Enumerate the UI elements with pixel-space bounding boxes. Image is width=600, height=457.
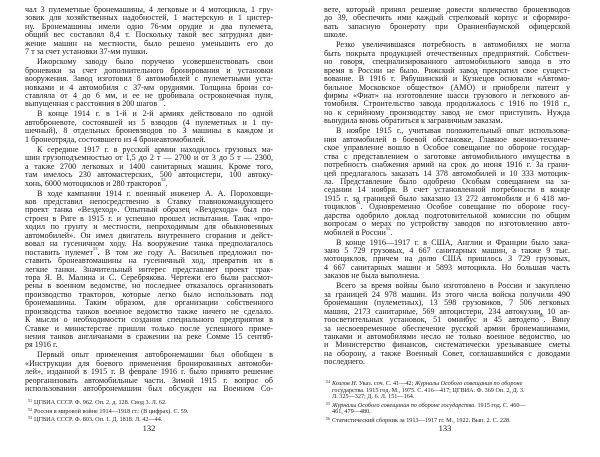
footnote-continuation: 461, 479—480. xyxy=(326,409,568,416)
line-text: тоциклов xyxy=(324,202,356,211)
footnote-number: 53 xyxy=(28,415,32,420)
left-page: чал 3 пулеметные бронемашины, 4 легковые… xyxy=(0,0,300,457)
text-line: последнего. xyxy=(324,358,570,366)
text-line: заказов не была выполнена. xyxy=(324,272,570,280)
line-text: . Вину xyxy=(543,315,570,324)
footnote-continuation: Л. 325—327; Д. 6. Л. 151—164. xyxy=(326,394,568,401)
line-text: . Одновременно Особое совещание по оборо… xyxy=(360,202,570,211)
footnote-text: 1915 год. С. 460— xyxy=(476,402,526,409)
text-line: ря 1916 г. xyxy=(25,341,273,349)
right-footnotes: 54Козлов Н. Указ. соч. С. 41—42; Журналы… xyxy=(326,379,568,425)
footnote-ref[interactable]: 55 xyxy=(386,226,391,231)
footnote-text: Россия в мировой войне 1914—1918 гг.: (В… xyxy=(34,408,188,415)
text-line: нения танков англичанами в сражении на р… xyxy=(25,333,273,341)
text-line: 1 бронеотряда, состоявшего из 4 бронеавт… xyxy=(25,136,273,144)
footnote-text: Указ. соч. С. 41—42; xyxy=(357,380,415,387)
page-number: 133 xyxy=(300,423,590,433)
text-line: использовании автобронемашин был обсужде… xyxy=(25,385,273,393)
text-line: выпущенная с расстояния в 200 шагов 51. xyxy=(25,100,273,108)
left-footnotes: 51ЦГВИА СССР. Ф. 962. Оп. 2. д. 128. Сво… xyxy=(28,398,268,424)
right-page: вете, который принял решение довести кол… xyxy=(300,0,600,457)
right-page-body: вете, который принял решение довести кол… xyxy=(324,6,570,367)
page-number: 132 xyxy=(0,423,298,433)
footnote-number: 54 xyxy=(326,379,330,384)
left-page-body: чал 3 пулеметные бронемашины, 4 легковые… xyxy=(25,6,273,394)
footnote-ref[interactable]: 52 xyxy=(161,177,166,182)
text-line: мобилей в России55. xyxy=(324,229,570,237)
footnote-author: Козлов Н. xyxy=(332,380,357,387)
footnote-number: 56 xyxy=(326,416,330,421)
line-text: мобилей в России xyxy=(324,228,386,237)
footnote-number: 52 xyxy=(28,407,32,412)
text-line: 7 т за счет установки 37-мм пушки. xyxy=(25,48,273,56)
line-text: тоосветительных установок, 51 омнибус и … xyxy=(324,315,539,324)
text-line: вынудила вновь обратиться к заграничным … xyxy=(324,117,570,125)
text-line: школе. xyxy=(324,31,570,39)
text-line: хонь, 6000 мотоциклов и 280 тракторов52. xyxy=(25,180,273,188)
footnote-number: 55 xyxy=(326,401,330,406)
line-text: выпущенная с расстояния в 200 шагов xyxy=(25,99,157,108)
text-line: вать запасную бронероту при Ораниенбаумс… xyxy=(324,23,570,31)
footnote-ref[interactable]: 51 xyxy=(159,97,164,102)
line-text: хонь, 6000 мотоциклов и 280 тракторов xyxy=(25,179,161,188)
footnote-title: Журналы Особого совещания по обороне xyxy=(415,380,523,387)
footnote: 52Россия в мировой войне 1914—1918 гг.: … xyxy=(28,407,268,416)
footnote: 51ЦГВИА СССР. Ф. 962. Оп. 2. д. 128. Сво… xyxy=(28,398,268,407)
footnote-number: 51 xyxy=(28,398,32,403)
footnote-text: ЦГВИА СССР. Ф. 962. Оп. 2. д. 128. Свод … xyxy=(34,399,167,406)
